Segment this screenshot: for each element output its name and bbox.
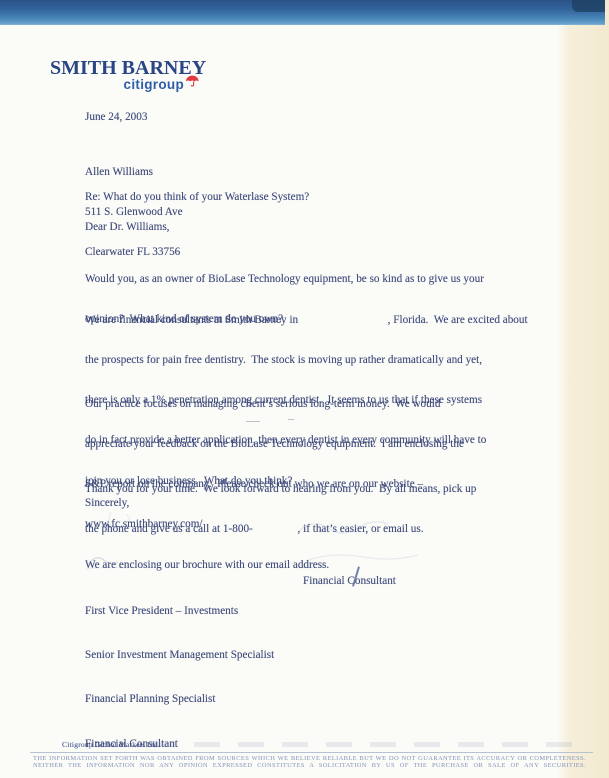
redaction-mark (246, 421, 260, 422)
band-corner-shadow (572, 0, 605, 12)
signature-title-right: Financial Consultant (303, 574, 503, 589)
scan-edge-strip (557, 0, 609, 778)
disclaimer-line-2: NEITHER THE INFORMATION NOR ANY OPINION … (33, 762, 586, 769)
citigroup-row: citigroup (50, 77, 200, 93)
paragraph-line: Would you, as an owner of BioLase Techno… (85, 273, 547, 286)
recipient-name: Allen Williams (85, 166, 547, 179)
citigroup-wordmark: citigroup (124, 77, 184, 92)
signature-title-line: First Vice President – Investments (85, 604, 547, 619)
scanned-letter-page: SMITH BARNEY citigroup June 24, 2003 All… (0, 0, 609, 778)
smith-barney-wordmark: SMITH BARNEY (50, 58, 200, 78)
paragraph-line: Thank you for your time. We look forward… (85, 483, 547, 496)
signature-title-line: Senior Investment Management Specialist (85, 648, 547, 663)
footer-divider-line (30, 752, 593, 753)
top-blue-band (0, 0, 605, 25)
footer-faint-address-smudge (150, 742, 590, 747)
red-umbrella-icon (185, 74, 200, 93)
signature-smudge-right (288, 512, 428, 572)
footer-company-name: Citigroup Global Markets Inc. (62, 740, 160, 749)
date-line: June 24, 2003 (85, 111, 547, 124)
paragraph-line: the prospects for pain free dentistry. T… (85, 354, 547, 367)
paragraph-line: appreciate your feedback on the BioLase … (85, 438, 547, 451)
closing: Sincerely, (85, 497, 547, 510)
ink-fleck (105, 510, 135, 524)
letterhead-logo: SMITH BARNEY citigroup (50, 58, 200, 93)
subject-line: Re: What do you think of your Waterlase … (85, 191, 547, 204)
signature-title-line: Financial Planning Specialist (85, 692, 547, 707)
signature-smudge-left (84, 540, 154, 572)
paragraph-line: Our practice focuses on managing client’… (85, 398, 547, 411)
redaction-mark (288, 419, 294, 420)
paragraph-line: We are financial consultants at Smith Ba… (85, 314, 547, 327)
salutation: Dear Dr. Williams, (85, 221, 547, 234)
recipient-street: 511 S. Glenwood Ave (85, 206, 547, 219)
